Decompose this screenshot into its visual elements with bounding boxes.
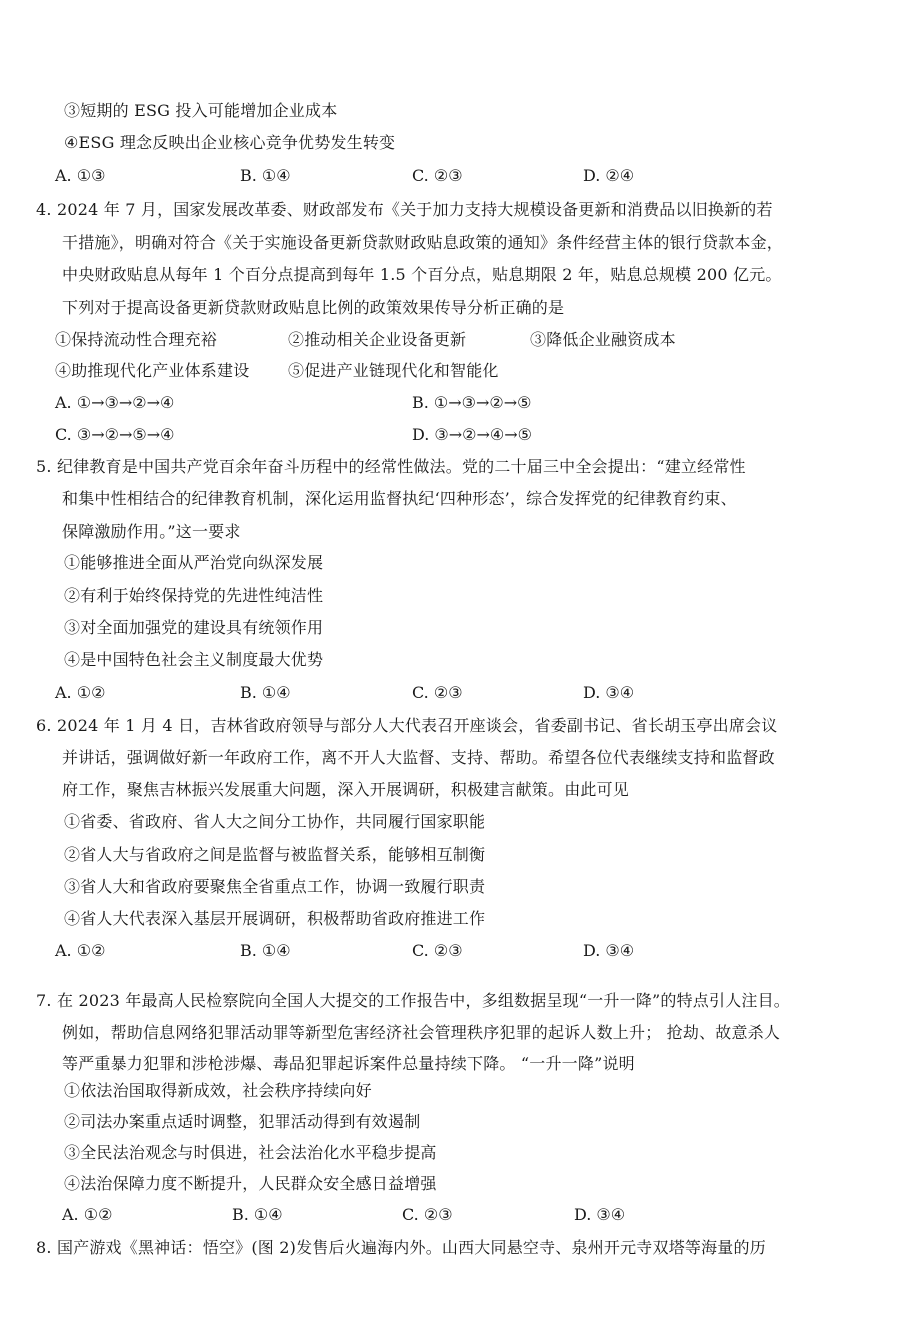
q6-statement-1: ①省委、省政府、省人大之间分工协作，共同履行国家职能 [64, 812, 485, 832]
q4-statement-2: ②推动相关企业设备更新 [288, 330, 466, 350]
q3-statement-4: ④ESG 理念反映出企业核心竞争优势发生转变 [64, 133, 395, 153]
q6-statement-2: ②省人大与省政府之间是监督与被监督关系，能够相互制衡 [64, 845, 485, 865]
q4-option-d[interactable]: D. ③→②→④→⑤ [412, 425, 532, 445]
q4-option-a[interactable]: A. ①→③→②→④ [55, 393, 174, 413]
q7-statement-3: ③全民法治观念与时俱进，社会法治化水平稳步提高 [64, 1143, 437, 1163]
q4-statement-5: ⑤促进产业链现代化和智能化 [288, 361, 499, 381]
q3-option-d[interactable]: D. ②④ [583, 166, 634, 186]
q6-stem-line-1: 6. 2024 年 1 月 4 日，吉林省政府领导与部分人大代表召开座谈会，省委… [36, 716, 777, 736]
q7-stem-line-2: 例如，帮助信息网络犯罪活动罪等新型危害经济社会管理秩序犯罪的起诉人数上升； 抢劫… [62, 1023, 780, 1043]
q3-option-c[interactable]: C. ②③ [412, 166, 463, 186]
q4-statement-1: ①保持流动性合理充裕 [55, 330, 217, 350]
q5-stem-line-1: 5. 纪律教育是中国共产党百余年奋斗历程中的经常性做法。党的二十届三中全会提出：… [36, 457, 746, 477]
q4-stem-line-3: 中央财政贴息从每年 1 个百分点提高到每年 1.5 个百分点，贴息期限 2 年，… [62, 265, 782, 285]
q4-statement-3: ③降低企业融资成本 [530, 330, 676, 350]
q4-stem-line-4: 下列对于提高设备更新贷款财政贴息比例的政策效果传导分析正确的是 [62, 298, 564, 318]
q5-statement-2: ②有利于始终保持党的先进性纯洁性 [64, 586, 323, 606]
q6-option-a[interactable]: A. ①② [55, 941, 105, 961]
q7-stem-line-3: 等严重暴力犯罪和涉枪涉爆、毒品犯罪起诉案件总量持续下降。 “一升一降”说明 [62, 1054, 635, 1074]
q7-statement-2: ②司法办案重点适时调整，犯罪活动得到有效遏制 [64, 1112, 420, 1132]
q6-option-d[interactable]: D. ③④ [583, 941, 634, 961]
q6-stem-line-2: 并讲话，强调做好新一年政府工作，离不开人大监督、支持、帮助。希望各位代表继续支持… [62, 748, 775, 768]
q4-option-c[interactable]: C. ③→②→⑤→④ [55, 425, 174, 445]
q4-option-b[interactable]: B. ①→③→②→⑤ [412, 393, 532, 413]
q7-option-d[interactable]: D. ③④ [574, 1205, 625, 1225]
q7-statement-1: ①依法治国取得新成效，社会秩序持续向好 [64, 1081, 372, 1101]
q5-option-d[interactable]: D. ③④ [583, 683, 634, 703]
q4-stem-line-1: 4. 2024 年 7 月，国家发展改革委、财政部发布《关于加力支持大规模设备更… [36, 200, 773, 220]
q7-option-c[interactable]: C. ②③ [402, 1205, 453, 1225]
q4-statement-4: ④助推现代化产业体系建设 [55, 361, 249, 381]
q5-option-c[interactable]: C. ②③ [412, 683, 463, 703]
q6-stem-line-3: 府工作，聚焦吉林振兴发展重大问题，深入开展调研，积极建言献策。由此可见 [62, 780, 629, 800]
q7-option-b[interactable]: B. ①④ [232, 1205, 283, 1225]
q7-option-a[interactable]: A. ①② [62, 1205, 112, 1225]
q7-statement-4: ④法治保障力度不断提升，人民群众安全感日益增强 [64, 1174, 437, 1194]
q4-stem-line-2: 干措施》，明确对符合《关于实施设备更新贷款财政贴息政策的通知》条件经营主体的银行… [62, 233, 783, 253]
q5-statement-3: ③对全面加强党的建设具有统领作用 [64, 618, 323, 638]
q5-option-b[interactable]: B. ①④ [240, 683, 291, 703]
q5-stem-line-3: 保障激励作用。”这一要求 [62, 522, 241, 542]
q6-statement-3: ③省人大和省政府要聚焦全省重点工作，协调一致履行职责 [64, 877, 485, 897]
q3-option-b[interactable]: B. ①④ [240, 166, 291, 186]
q5-statement-4: ④是中国特色社会主义制度最大优势 [64, 650, 323, 670]
q5-option-a[interactable]: A. ①② [55, 683, 105, 703]
q6-option-c[interactable]: C. ②③ [412, 941, 463, 961]
q6-statement-4: ④省人大代表深入基层开展调研，积极帮助省政府推进工作 [64, 909, 485, 929]
q6-option-b[interactable]: B. ①④ [240, 941, 291, 961]
q3-statement-3: ③短期的 ESG 投入可能增加企业成本 [64, 101, 337, 121]
q5-statement-1: ①能够推进全面从严治党向纵深发展 [64, 553, 323, 573]
q3-option-a[interactable]: A. ①③ [55, 166, 105, 186]
q8-stem-line-1: 8. 国产游戏《黑神话：悟空》(图 2)发售后火遍海内外。山西大同悬空寺、泉州开… [36, 1238, 766, 1258]
q5-stem-line-2: 和集中性相结合的纪律教育机制，深化运用监督执纪‘四种形态’，综合发挥党的纪律教育… [62, 489, 737, 509]
q7-stem-line-1: 7. 在 2023 年最高人民检察院向全国人大提交的工作报告中，多组数据呈现“一… [36, 991, 790, 1011]
